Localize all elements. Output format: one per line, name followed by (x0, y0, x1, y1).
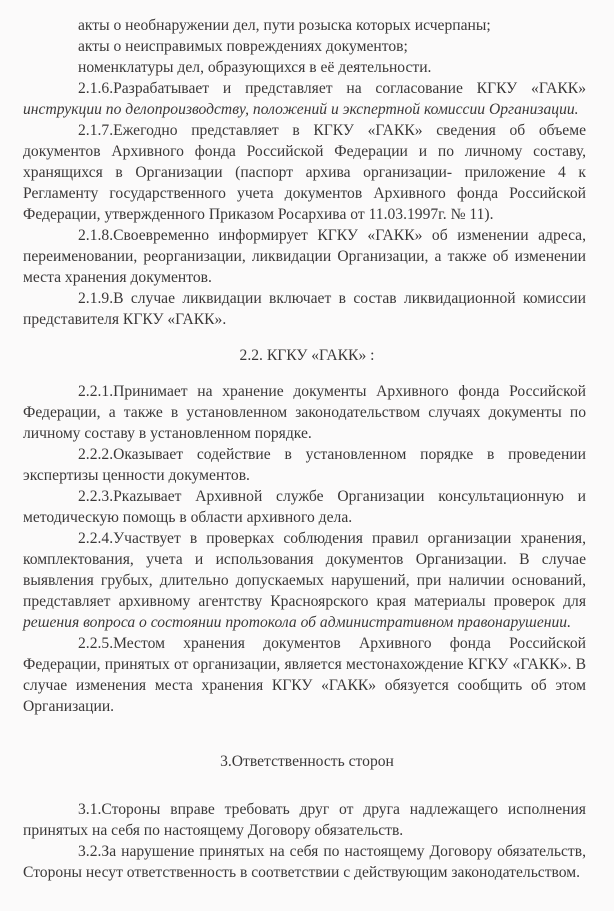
text-line: выявления грубых, длительно допускаемых … (23, 571, 586, 591)
text-line: места хранения документов. (23, 268, 586, 288)
text-line: Организации. (23, 697, 586, 717)
clause-2-2-1: 2.2.1.Принимает на хранение документы Ар… (78, 382, 586, 402)
scanned-document-page: акты о необнаружении дел, пути розыска к… (0, 0, 614, 911)
text-line: случае изменения места хранения КГКУ «ГА… (23, 676, 586, 696)
text-line: Федерации, утвержденного Приказом Росарх… (23, 205, 586, 225)
text-line: акты о необнаружении дел, пути розыска к… (78, 16, 586, 36)
text-line: Федерации, а также в установленном закон… (23, 403, 586, 423)
clause-3-1: 3.1.Стороны вправе требовать друг от дру… (78, 800, 586, 820)
clause-3-2: 3.2.За нарушение принятых на себя по нас… (78, 842, 586, 862)
clause-2-2-2: 2.2.2.Оказывает содействие в установленн… (78, 445, 586, 465)
text-line: Федерации, принятых от организации, явля… (23, 655, 586, 675)
text-line: представителя КГКУ «ГАКК». (23, 310, 586, 330)
text-line: решения вопроса о состоянии протокола об… (23, 613, 586, 633)
text-line: Стороны несут ответственность в соответс… (23, 863, 586, 883)
clause-2-1-6: 2.1.6.Разрабатывает и представляет на со… (78, 79, 586, 99)
clause-2-1-8: 2.1.8.Своевременно информирует КГКУ «ГАК… (78, 226, 586, 246)
text-line: методическую помощь в области архивного … (23, 508, 586, 528)
clause-2-2-4: 2.2.4.Участвует в проверках соблюдения п… (78, 529, 586, 549)
text-line: хранящихся в Организации (паспорт архива… (23, 163, 586, 183)
text-line: документов Архивного фонда Российской Фе… (23, 142, 586, 162)
section-heading-2-2: 2.2. КГКУ «ГАКК» : (0, 346, 614, 366)
text-line: номенклатуры дел, образующихся в её деят… (78, 58, 586, 78)
text-line: переименовании, реорганизации, ликвидаци… (23, 247, 586, 267)
text-line: инструкции по делопроизводству, положени… (23, 100, 586, 120)
text-line: Регламенту государственного учета докуме… (23, 184, 586, 204)
clause-2-2-5: 2.2.5.Местом хранения документов Архивно… (78, 634, 586, 654)
clause-2-2-3: 2.2.3.Ркazывает Архивной службе Организа… (78, 487, 586, 507)
clause-2-1-7: 2.1.7.Ежегодно представляет в КГКУ «ГАКК… (78, 121, 586, 141)
text-line: представляет архивному агентству Красноя… (23, 592, 586, 612)
text-line: принятых на себя по настоящему Договору … (23, 821, 586, 841)
section-heading-3: 3.Ответственность сторон (0, 752, 614, 772)
text-line: акты о неисправимых повреждениях докумен… (78, 37, 586, 57)
text-line: комплектования, учета и использования до… (23, 550, 586, 570)
clause-2-1-9: 2.1.9.В случае ликвидации включает в сос… (78, 289, 586, 309)
text-line: личному составу в установленном порядке. (23, 424, 586, 444)
text-line: экспертизы ценности документов. (23, 466, 586, 486)
